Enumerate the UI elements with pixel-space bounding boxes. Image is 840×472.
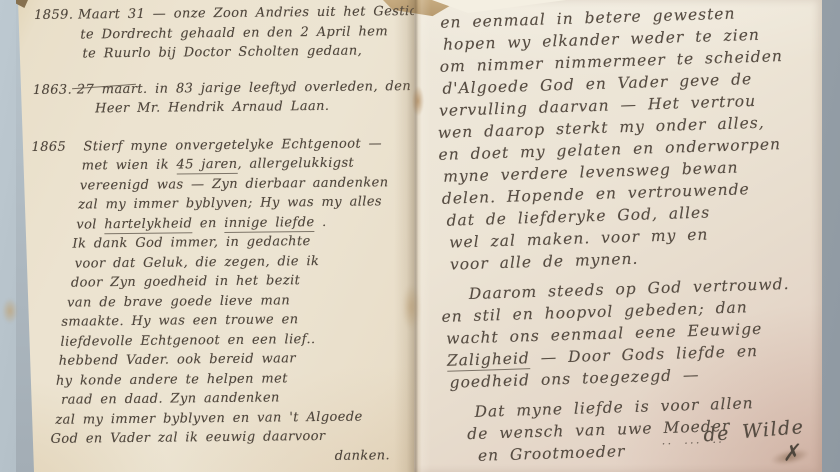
- manuscript-line: 1865Stierf myne onvergetelyke Echtgenoot…: [31, 133, 414, 157]
- entry-1865: 1865Stierf myne onvergetelyke Echtgenoot…: [31, 133, 414, 469]
- right-page-text: en eenmaal in betere gewesten hopen wy e…: [434, 0, 822, 468]
- line-text: vol: [76, 217, 104, 232]
- underlined-text: Zaligheid: [447, 349, 530, 372]
- underlined-text: 45 jaren: [176, 157, 237, 175]
- manuscript-line: zal my immer byblyven en van 't Algoede: [55, 406, 414, 429]
- entry-1863: 1863.27 maart. in 83 jarige leeftyd over…: [31, 76, 414, 119]
- manuscript-line: te Ruurlo bij Doctor Scholten gedaan,: [82, 41, 414, 64]
- line-text: en: [192, 215, 224, 230]
- underlined-text: hartelykheid: [104, 216, 192, 234]
- paragraph: en eenmaal in betere gewesten hopen wy e…: [434, 0, 822, 276]
- left-page-text: 1859.Maart 31 — onze Zoon Andries uit he…: [30, 2, 414, 469]
- year-label: 1863.: [33, 80, 77, 100]
- underlined-text: innige liefde: [224, 215, 314, 233]
- fold-stain-lower: [402, 284, 420, 330]
- manuscript-line: Heer Mr. Hendrik Arnaud Laan.: [95, 96, 414, 119]
- line-text: 27 maart. in 83 jarige leeftyd overleden…: [77, 79, 411, 97]
- pen-flourish: ✗: [780, 440, 801, 466]
- paragraph: Daarom steeds op God vertrouwd. en stil …: [443, 272, 822, 394]
- manuscript-line: zal my immer byblyven; Hy was my alles: [78, 192, 414, 215]
- line-text: Stierf myne onvergetelyke Echtgenoot —: [83, 136, 382, 154]
- manuscript-photo: 1859.Maart 31 — onze Zoon Andries uit he…: [0, 0, 840, 472]
- year-label: 1865: [31, 137, 83, 157]
- fold-stain-upper: [412, 86, 424, 116]
- manuscript-line: te Dordrecht gehaald en den 2 April hem: [80, 21, 414, 44]
- entry-1859: 1859.Maart 31 — onze Zoon Andries uit he…: [30, 2, 414, 65]
- line-text: , allergelukkigst: [237, 156, 354, 172]
- right-page-text-area: en eenmaal in betere gewesten hopen wy e…: [414, 0, 822, 472]
- manuscript-line: 1863.27 maart. in 83 jarige leeftyd over…: [33, 76, 414, 99]
- left-page-text-area: 1859.Maart 31 — onze Zoon Andries uit he…: [16, 0, 414, 472]
- manuscript-line: danken.: [335, 445, 414, 465]
- line-text: Maart 31 — onze Zoon Andries uit het Ges…: [78, 4, 414, 23]
- line-text: met wien ik: [82, 157, 177, 173]
- year-label: 1859.: [34, 5, 78, 25]
- line-text: .: [314, 214, 326, 229]
